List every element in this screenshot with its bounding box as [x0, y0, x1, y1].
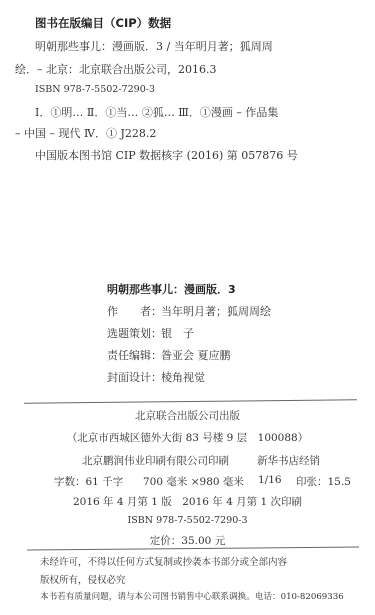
rights-reserved: 版权所有，侵权必究: [40, 572, 126, 586]
isbn: ISBN 978-7-5502-7290-3: [0, 515, 375, 526]
cip-record-number: 中国版本图书馆 CIP 数据核字 (2016) 第 057876 号: [35, 147, 298, 163]
credit-cover-design: 封面设计：棱角视觉: [107, 369, 205, 385]
word-count: 字数：61 千字: [54, 474, 123, 489]
credit-label: 作 者：: [107, 303, 161, 319]
cip-isbn: ISBN 978-7-5502-7290-3: [35, 84, 155, 95]
cip-line-classification-cont: – 中国 – 现代 Ⅳ．① J228.2: [15, 125, 156, 141]
quality-contact: 本书若有质量问题，请与本公司图书销售中心联系调换。电话：010-82069336: [40, 590, 344, 602]
cip-heading: 图书在版编目（CIP）数据: [35, 15, 171, 31]
distributor: 新华书店经销: [257, 453, 320, 468]
credit-value: 银 子: [161, 327, 194, 340]
credit-label: 选题策划：: [107, 325, 161, 341]
divider-top: [24, 399, 357, 403]
credit-value: 棱角视觉: [161, 371, 205, 384]
cip-line-publisher: 绘．– 北京：北京联合出版公司，2016.3: [15, 61, 217, 77]
copyright-notice: 未经许可，不得以任何方式复制或抄袭本书部分或全部内容: [40, 554, 287, 568]
publisher-address: （北京市西城区德外大街 83 号楼 9 层 100088）: [0, 430, 375, 445]
cip-line-classification: Ⅰ．①明… Ⅱ．①当… ②狐… Ⅲ．①漫画 – 作品集: [35, 104, 278, 120]
credit-planner: 选题策划：银 子: [107, 325, 194, 341]
print-sheets: 印张：15.5: [296, 474, 351, 489]
credit-value: 昝亚会 夏应鹏: [161, 349, 231, 362]
printer: 北京鹏润伟业印刷有限公司印刷: [82, 453, 229, 468]
page-format: 700 毫米 ×980 毫米: [143, 474, 244, 489]
book-title: 明朝那些事儿：漫画版．3: [107, 281, 236, 297]
credit-label: 封面设计：: [107, 369, 161, 385]
publisher-line: 北京联合出版公司出版: [0, 408, 375, 423]
credit-editor: 责任编辑：昝亚会 夏应鹏: [107, 347, 231, 363]
credit-label: 责任编辑：: [107, 347, 161, 363]
edition-info: 2016 年 4 月第 1 版 2016 年 4 月第 1 次印刷: [0, 494, 375, 509]
credit-value: 当年明月著；狐周周绘: [161, 305, 271, 318]
folio: 1/16: [258, 474, 282, 486]
price: 定价：35.00 元: [0, 533, 375, 548]
credit-author: 作 者：当年明月著；狐周周绘: [107, 303, 271, 319]
cip-line-title: 明朝那些事儿：漫画版．3 / 当年明月著；狐周周: [35, 38, 273, 54]
